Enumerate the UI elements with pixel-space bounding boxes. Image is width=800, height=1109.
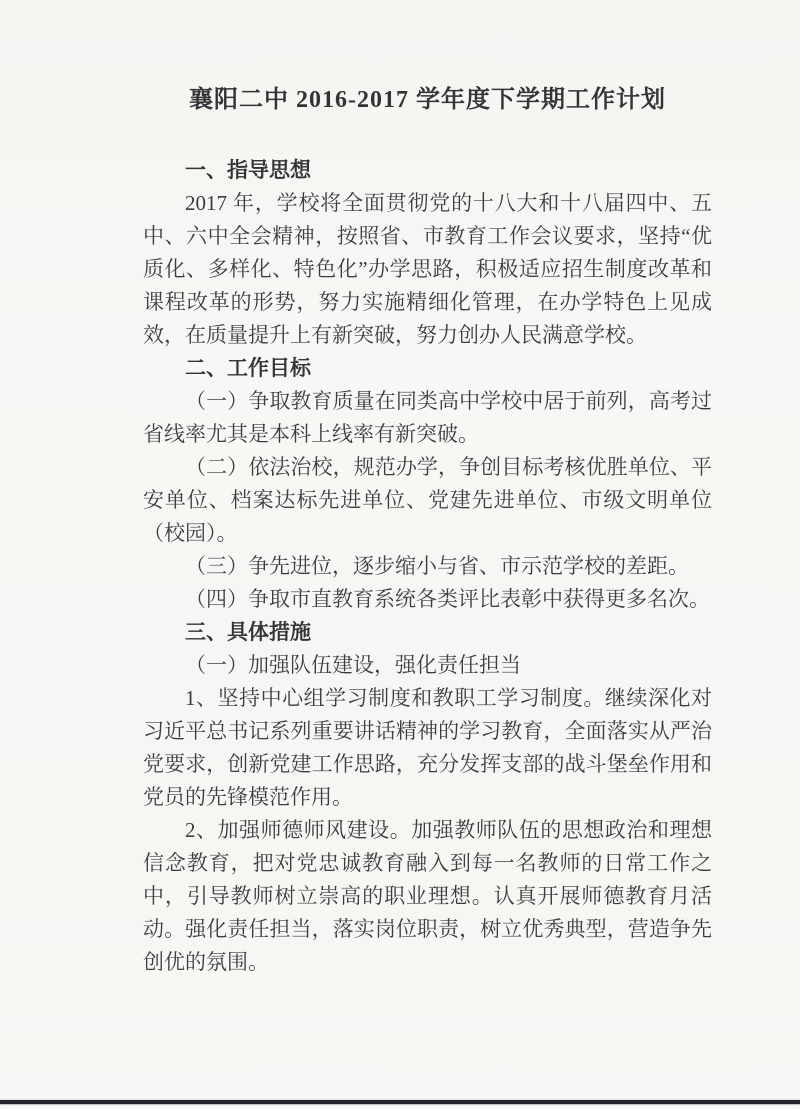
body-paragraph: （一）加强队伍建设，强化责任担当 — [143, 649, 712, 682]
body-paragraph: 2017 年，学校将全面贯彻党的十八大和十八届四中、五中、六中全会精神，按照省、… — [143, 187, 712, 352]
body-paragraph: （二）依法治校，规范办学，争创目标考核优胜单位、平安单位、档案达标先进单位、党建… — [143, 451, 712, 550]
scanned-document-page: 襄阳二中 2016-2017 学年度下学期工作计划 一、指导思想 2017 年，… — [0, 0, 800, 1109]
body-paragraph: （三）争先进位，逐步缩小与省、市示范学校的差距。 — [143, 550, 712, 583]
section-heading-work-goals: 二、工作目标 — [143, 352, 712, 385]
section-heading-concrete-measures: 三、具体措施 — [143, 616, 712, 649]
body-paragraph: 2、加强师德师风建设。加强教师队伍的思想政治和理想信念教育，把对党忠诚教育融入到… — [143, 814, 712, 979]
scanner-page-edge-line — [0, 1100, 800, 1104]
body-paragraph: （四）争取市直教育系统各类评比表彰中获得更多名次。 — [143, 583, 712, 616]
body-paragraph: （一）争取教育质量在同类高中学校中居于前列，高考过省线率尤其是本科上线率有新突破… — [143, 385, 712, 451]
document-title: 襄阳二中 2016-2017 学年度下学期工作计划 — [143, 84, 712, 117]
document-content: 襄阳二中 2016-2017 学年度下学期工作计划 一、指导思想 2017 年，… — [143, 84, 712, 979]
body-paragraph: 1、坚持中心组学习制度和教职工学习制度。继续深化对习近平总书记系列重要讲话精神的… — [143, 682, 712, 814]
section-heading-guiding-ideology: 一、指导思想 — [143, 154, 712, 187]
